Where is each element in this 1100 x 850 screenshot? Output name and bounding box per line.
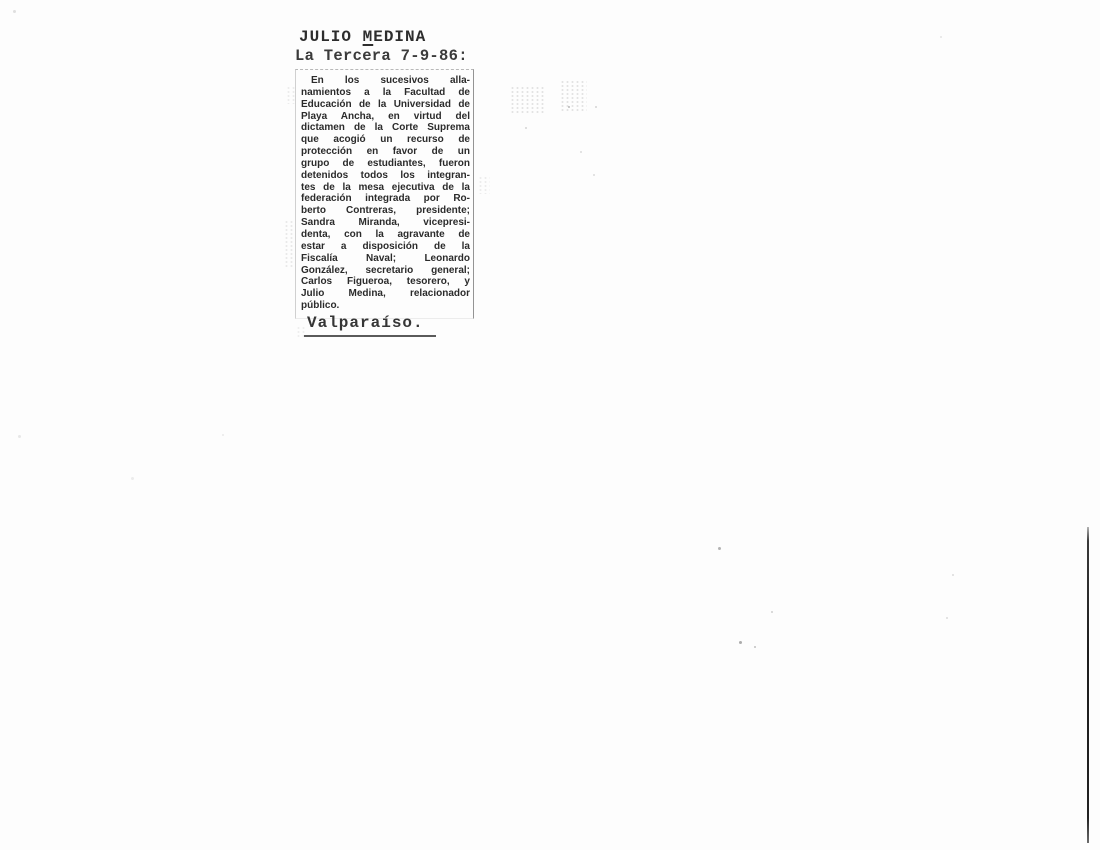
scan-noise-speck (18, 435, 21, 438)
clipping-text-line: Julio Medina, relacionador (301, 288, 470, 300)
scan-artifact-vertical-line (1087, 527, 1089, 843)
title-part-2: EDINA (373, 28, 426, 46)
scanned-document-page: JULIO MEDINA La Tercera 7-9-86: En los s… (0, 0, 1100, 850)
scan-noise-speck (580, 151, 582, 153)
clipping-text-line: detenidos todos los integran- (301, 170, 470, 182)
clipping-text-line: Sandra Miranda, vicepresi- (301, 217, 470, 229)
scan-noise-speck (739, 641, 742, 644)
document-title: JULIO MEDINA (299, 28, 426, 46)
clipping-text-line: que acogió un recurso de (301, 134, 470, 146)
location-caption: Valparaíso. (304, 314, 436, 337)
scan-smudge (284, 220, 295, 268)
clipping-text-line: namientos a la Facultad de (301, 87, 470, 99)
clipping-text-line: tes de la mesa ejecutiva de la (301, 182, 470, 194)
scan-noise-speck (946, 617, 948, 619)
scan-smudge (478, 176, 490, 194)
clipping-text-line: berto Contreras, presidente; (301, 205, 470, 217)
clipping-text-line: estar a disposición de la (301, 241, 470, 253)
scan-noise-speck (525, 127, 527, 129)
scan-noise-speck (568, 106, 570, 108)
scan-noise-speck (718, 547, 721, 550)
scan-noise-speck (771, 611, 773, 613)
clipping-text-line: público. (301, 300, 470, 312)
clipping-text-line: Educación de la Universidad de (301, 99, 470, 111)
clipping-text-line: Fiscalía Naval; Leonardo (301, 253, 470, 265)
scan-noise-speck (952, 574, 954, 576)
clipping-body-text: En los sucesivos alla-namientos a la Fac… (301, 75, 470, 312)
clipping-text-line: federación integrada por Ro- (301, 193, 470, 205)
scan-noise-speck (593, 174, 595, 176)
scan-smudge (296, 326, 306, 338)
clipping-text-line: En los sucesivos alla- (301, 75, 470, 87)
newspaper-clipping: En los sucesivos alla-namientos a la Fac… (295, 69, 474, 319)
scan-smudge (286, 86, 295, 104)
clipping-text-line: Carlos Figueroa, tesorero, y (301, 276, 470, 288)
scan-smudge (560, 80, 587, 112)
clipping-text-line: protección en favor de un (301, 146, 470, 158)
scan-noise-speck (754, 646, 756, 648)
clipping-text-line: grupo de estudiantes, fueron (301, 158, 470, 170)
scan-noise-speck (131, 477, 134, 480)
title-underlined-letter: M (363, 28, 374, 46)
scan-smudge (510, 86, 544, 113)
clipping-text-line: denta, con la agravante de (301, 229, 470, 241)
clipping-text-line: dictamen de la Corte Suprema (301, 122, 470, 134)
clipping-text-line: González, secretario general; (301, 265, 470, 277)
scan-noise-speck (595, 106, 597, 108)
title-part-1: JULIO (299, 28, 363, 46)
scan-noise-speck (940, 36, 942, 38)
source-date-line: La Tercera 7-9-86: (295, 47, 468, 65)
clipping-text-line: Playa Ancha, en virtud del (301, 111, 470, 123)
scan-noise-speck (13, 10, 16, 13)
scan-noise-speck (222, 434, 224, 436)
